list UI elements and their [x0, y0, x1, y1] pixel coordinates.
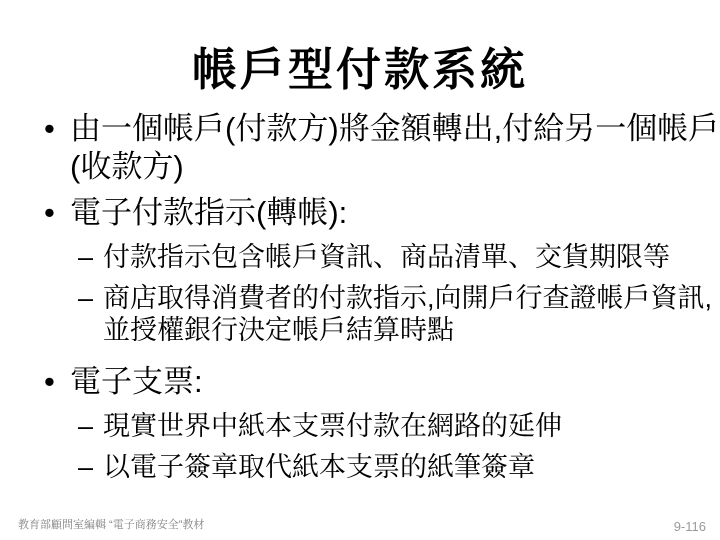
bullet-electronic-payment-instruction: 電子付款指示(轉帳): — [0, 194, 720, 232]
slide-title: 帳戶型付款系統 — [0, 44, 720, 96]
presentation-slide: 帳戶型付款系統 由一個帳戶(付款方)將金額轉出,付給另一個帳戶(收款方) 電子付… — [0, 0, 720, 540]
subbullet-digital-signature: 以電子簽章取代紙本支票的紙筆簽章 — [0, 451, 720, 483]
subbullet-merchant-verification: 商店取得消費者的付款指示,向開戶行查證帳戶資訊,並授權銀行決定帳戶結算時點 — [0, 282, 720, 346]
slide-body: 由一個帳戶(付款方)將金額轉出,付給另一個帳戶(收款方) 電子付款指示(轉帳):… — [0, 110, 720, 483]
bullet-electronic-check: 電子支票: — [0, 363, 720, 401]
subbullet-paper-check-extension: 現實世界中紙本支票付款在網路的延伸 — [0, 410, 720, 442]
bullet-payer-to-payee: 由一個帳戶(付款方)將金額轉出,付給另一個帳戶(收款方) — [0, 110, 720, 186]
footer-credit: 教育部顧問室編輯 “電子商務安全”教材 — [18, 518, 204, 532]
subbullet-payment-instruction-contents: 付款指示包含帳戶資訊、商品清單、交貨期限等 — [0, 241, 720, 273]
page-number: 9-116 — [674, 519, 706, 535]
